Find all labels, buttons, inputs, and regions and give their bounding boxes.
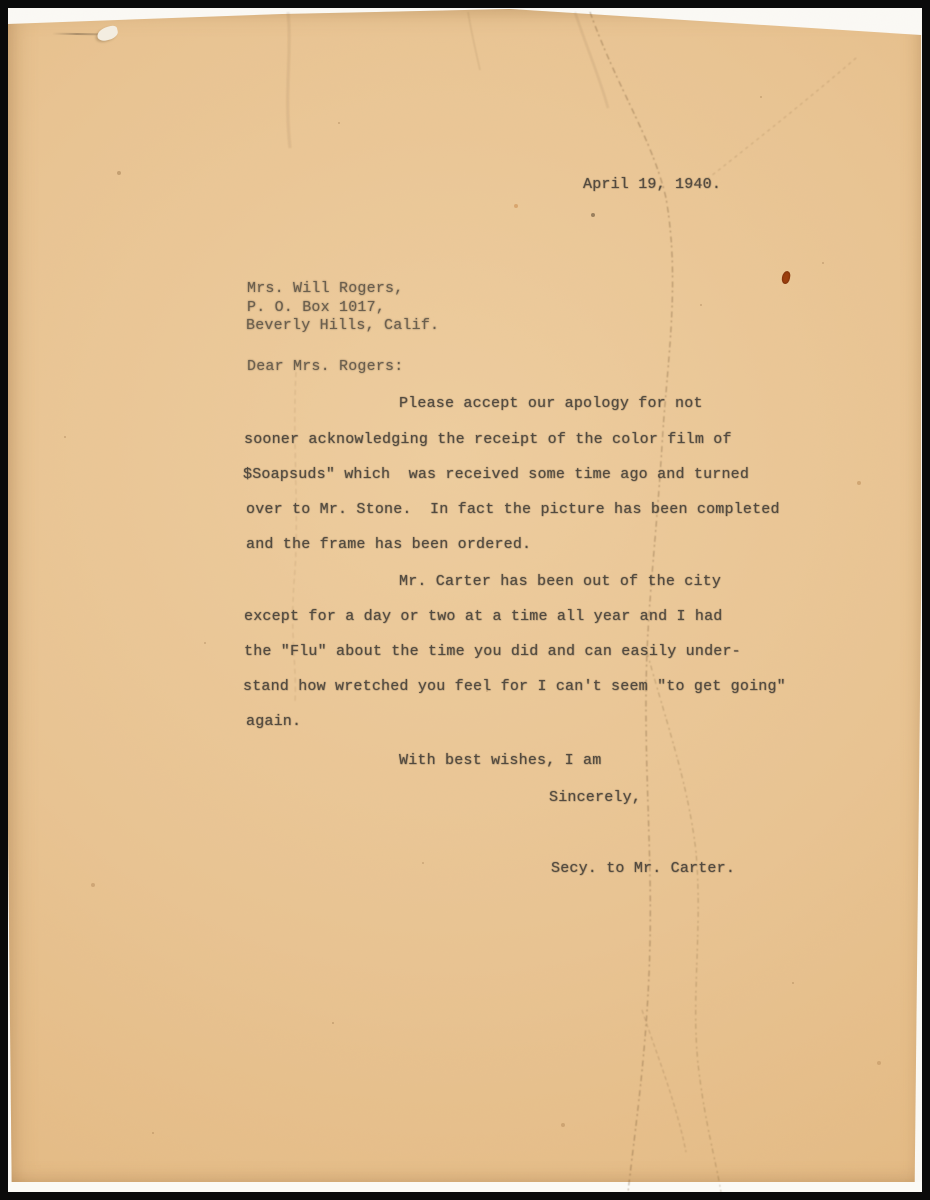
paper-specks bbox=[0, 0, 2, 2]
letter-paper bbox=[8, 8, 922, 1182]
